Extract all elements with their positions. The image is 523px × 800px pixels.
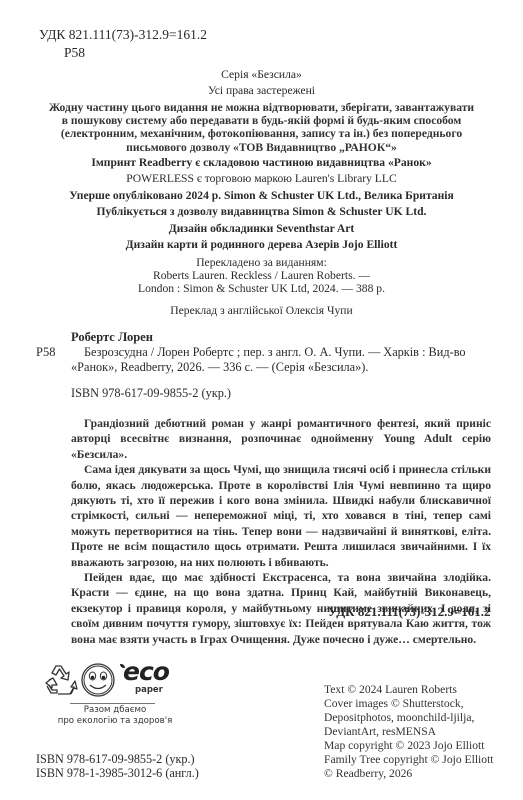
first-published: Уперше опубліковано 2024 р. Simon & Schu… <box>0 189 523 202</box>
isbn-english: ISBN 978-1-3985-3012-6 (англ.) <box>36 766 199 780</box>
translated-from: Перекладено за виданням: Roberts Lauren.… <box>0 256 523 296</box>
imprint-statement: Імпринт Readberry є складовою частиною в… <box>0 156 523 169</box>
copyright-notice: Жодну частину цього видання не можна від… <box>0 101 523 154</box>
publication-permission: Публікується з дозволу видавництва Simon… <box>0 205 523 218</box>
copyright-line: Family Tree copyright © Jojo Elliott <box>324 753 494 767</box>
eco-caption-line: Разом дбаємо <box>40 705 190 716</box>
isbn-list: ISBN 978-617-09-9855-2 (укр.) ISBN 978-1… <box>36 752 199 780</box>
udk-code-top: УДК 821.111(73)-312.9=161.2 <box>39 27 207 42</box>
copyright-line: Cover images © Shutterstock, <box>324 697 494 711</box>
rights-reserved: Усі права застережені <box>0 84 523 97</box>
map-design-credit: Дизайн карти й родинного дерева Азерів J… <box>0 238 523 251</box>
notice-line: (електронним, механічним, фотокопіювання… <box>0 127 523 140</box>
notice-line: Жодну частину цього видання не можна від… <box>0 101 523 114</box>
eco-paper-logo: eco paper <box>120 660 170 700</box>
translated-from-line: London : Simon & Schuster UK Ltd, 2024. … <box>0 282 523 295</box>
translated-from-line: Roberts Lauren. Reckless / Lauren Robert… <box>0 269 523 282</box>
eco-logo-group: eco paper <box>44 660 168 700</box>
eco-caption: Разом дбаємо про екологію та здоров'я <box>40 705 190 727</box>
copyright-line: © Readberry, 2026 <box>324 767 494 781</box>
series-title: Серія «Безсила» <box>0 68 523 81</box>
cover-design-credit: Дизайн обкладинки Seventhstar Art <box>0 222 523 235</box>
notice-line: в пошукову систему або передавати в будь… <box>0 114 523 127</box>
catalog-author: Робертс Лорен <box>71 330 153 344</box>
notice-line: письмового дозволу «ТОВ Видавництво „РАН… <box>0 141 523 154</box>
eco-logo-text: eco <box>123 658 169 686</box>
copyright-line: DeviantArt, resMENSA <box>324 725 494 739</box>
eco-divider <box>70 703 155 704</box>
classmark-top: Р58 <box>64 45 85 60</box>
annotation-paragraph: Грандіозний дебютний роман у жанрі роман… <box>71 416 491 462</box>
translated-from-line: Перекладено за виданням: <box>0 256 523 269</box>
catalog-isbn: ISBN 978-617-09-9855-2 (укр.) <box>71 386 231 400</box>
udk-code-bottom: УДК 821.111(73)-312.9=161.2 <box>328 604 491 619</box>
eco-logo-subtext: paper <box>135 685 163 695</box>
copyright-line: Text © 2024 Lauren Roberts <box>324 683 494 697</box>
isbn-ukrainian: ISBN 978-617-09-9855-2 (укр.) <box>36 752 199 766</box>
catalog-classmark: Р58 <box>36 345 55 359</box>
trademark-statement: POWERLESS є торговою маркою Lauren's Lib… <box>0 172 523 185</box>
copyright-line: Map copyright © 2023 Jojo Elliott <box>324 739 494 753</box>
copyright-line: Depositphotos, moonchild-ljilja, <box>324 711 494 725</box>
eco-caption-line: про екологію та здоров'я <box>40 716 190 727</box>
translator-credit: Переклад з англійської Олексія Чупи <box>0 304 523 317</box>
catalog-description: Безрозсудна / Лорен Робертс ; пер. з анг… <box>71 345 491 375</box>
copyright-credits: Text © 2024 Lauren Roberts Cover images … <box>324 683 494 781</box>
annotation-paragraph: Сама ідея дякувати за щось Чумі, що знищ… <box>71 462 491 570</box>
